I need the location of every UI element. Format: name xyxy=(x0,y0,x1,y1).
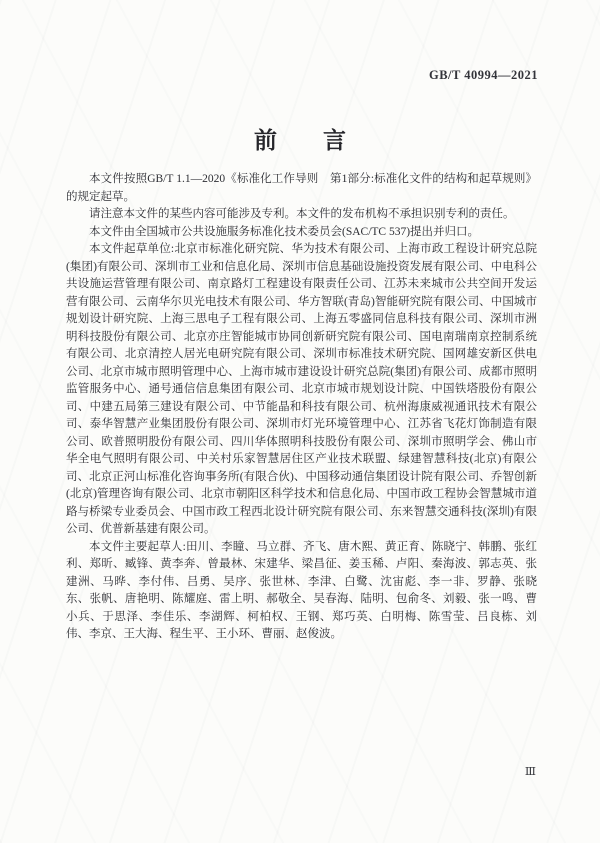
foreword-paragraph-drafting-rule: 本文件按照GB/T 1.1—2020《标准化工作导则 第1部分:标准化文件的结构… xyxy=(66,171,537,206)
document-page: GB/T 40994—2021 前 言 本文件按照GB/T 1.1—2020《标… xyxy=(0,0,600,843)
foreword-paragraph-main-drafters: 本文件主要起草人:田川、李瞳、马立群、齐飞、唐木熙、黄正育、陈晓宁、韩鹏、张红利… xyxy=(66,539,537,644)
foreword-paragraph-drafting-organizations: 本文件起草单位:北京市标准化研究院、华为技术有限公司、上海市政工程设计研究总院(… xyxy=(66,241,537,539)
standard-code: GB/T 40994—2021 xyxy=(429,68,538,83)
page-title: 前 言 xyxy=(0,122,600,155)
page-number: Ⅲ xyxy=(525,764,536,778)
foreword-body: 本文件按照GB/T 1.1—2020《标准化工作导则 第1部分:标准化文件的结构… xyxy=(66,171,537,644)
foreword-paragraph-committee: 本文件由全国城市公共设施服务标准化技术委员会(SAC/TC 537)提出并归口。 xyxy=(66,224,537,242)
foreword-paragraph-patent-notice: 请注意本文件的某些内容可能涉及专利。本文件的发布机构不承担识别专利的责任。 xyxy=(66,206,537,224)
